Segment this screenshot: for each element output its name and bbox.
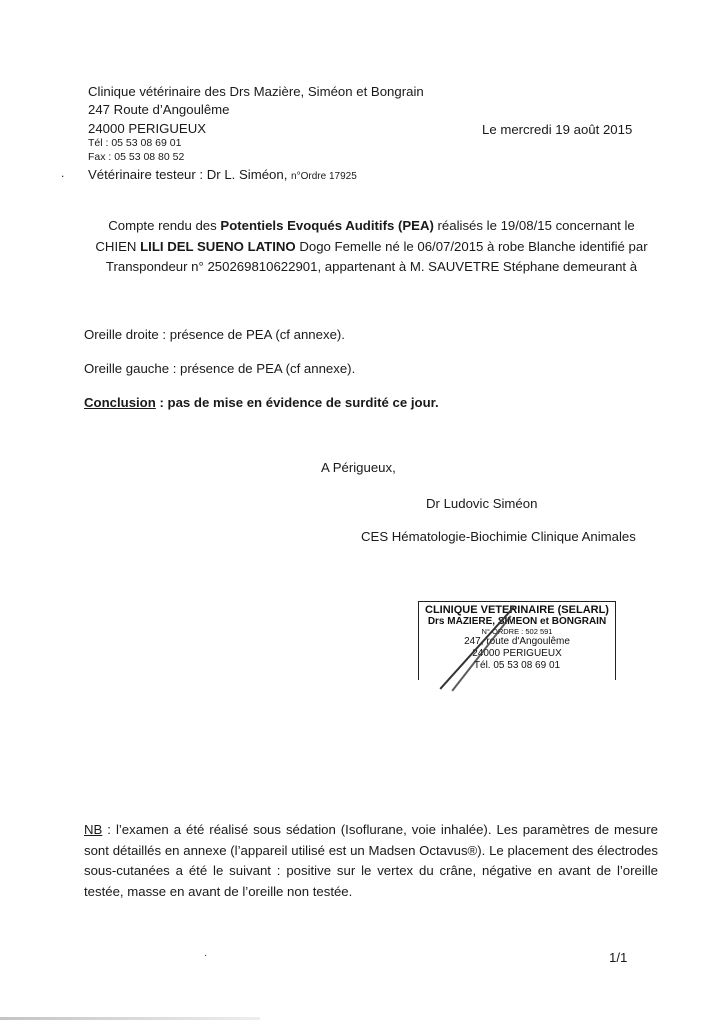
clinic-phone: Tél : 05 53 08 69 01 <box>88 136 181 151</box>
exam-type: Potentiels Evoqués Auditifs (PEA) <box>220 218 433 233</box>
stray-mark: · <box>204 950 207 961</box>
tester-line: Vétérinaire testeur : Dr L. Siméon, n°Or… <box>88 165 357 186</box>
nb-label: NB <box>84 822 102 837</box>
intro-line-2: CHIEN LILI DEL SUENO LATINO Dogo Femelle… <box>84 237 659 258</box>
clinic-stamp: CLINIQUE VETERINAIRE (SELARL) Drs MAZIER… <box>418 601 616 680</box>
animal-name: LILI DEL SUENO LATINO <box>140 239 296 254</box>
conclusion-label: Conclusion <box>84 395 156 410</box>
stamp-line-1: CLINIQUE VETERINAIRE (SELARL) <box>419 604 615 616</box>
stamp-line-6: Tél. 05 53 08 69 01 <box>419 660 615 672</box>
signature-title: CES Hématologie-Biochimie Clinique Anima… <box>361 529 636 544</box>
tester-label: Vétérinaire testeur : Dr L. Siméon, <box>88 167 287 182</box>
scan-edge <box>0 1017 260 1020</box>
signature-place: A Périgueux, <box>321 460 396 475</box>
clinic-address: 247 Route d’Angoulême <box>88 100 230 119</box>
stamp-line-3: N° ORDRE : 502 591 <box>419 627 615 636</box>
right-ear-result: Oreille droite : présence de PEA (cf ann… <box>84 327 345 342</box>
signature-name: Dr Ludovic Siméon <box>426 496 537 511</box>
intro-line-3: Transpondeur n° 250269810622901, apparte… <box>84 257 659 278</box>
conclusion-text: : pas de mise en évidence de surdité ce … <box>156 395 439 410</box>
left-ear-result: Oreille gauche : présence de PEA (cf ann… <box>84 361 355 376</box>
conclusion: Conclusion : pas de mise en évidence de … <box>84 395 439 410</box>
intro-line-1-post: réalisés le 19/08/15 concernant le <box>434 218 635 233</box>
stamp-line-2: Drs MAZIERE, SIMEON et BONGRAIN <box>419 616 615 627</box>
clinic-name: Clinique vétérinaire des Drs Mazière, Si… <box>88 82 424 101</box>
document-date: Le mercredi 19 août 2015 <box>482 120 632 139</box>
stamp-line-5: 24000 PERIGUEUX <box>419 648 615 660</box>
page-number: 1/1 <box>609 950 627 965</box>
intro-line-1: Compte rendu des Potentiels Evoqués Audi… <box>84 216 659 237</box>
margin-dot: . <box>61 166 64 180</box>
stamp-line-4: 247, route d'Angoulême <box>419 636 615 648</box>
clinic-fax: Fax : 05 53 08 80 52 <box>88 150 184 165</box>
nb-text: : l’examen a été réalisé sous sédation (… <box>84 822 658 899</box>
nb-paragraph: NB : l’examen a été réalisé sous sédatio… <box>84 820 658 902</box>
intro-line-1-pre: Compte rendu des <box>108 218 220 233</box>
intro-line-2-pre: CHIEN <box>95 239 140 254</box>
intro-line-2-post: Dogo Femelle né le 06/07/2015 à robe Bla… <box>296 239 648 254</box>
tester-order-number: n°Ordre 17925 <box>291 171 357 182</box>
intro-paragraph: Compte rendu des Potentiels Evoqués Audi… <box>84 216 659 278</box>
